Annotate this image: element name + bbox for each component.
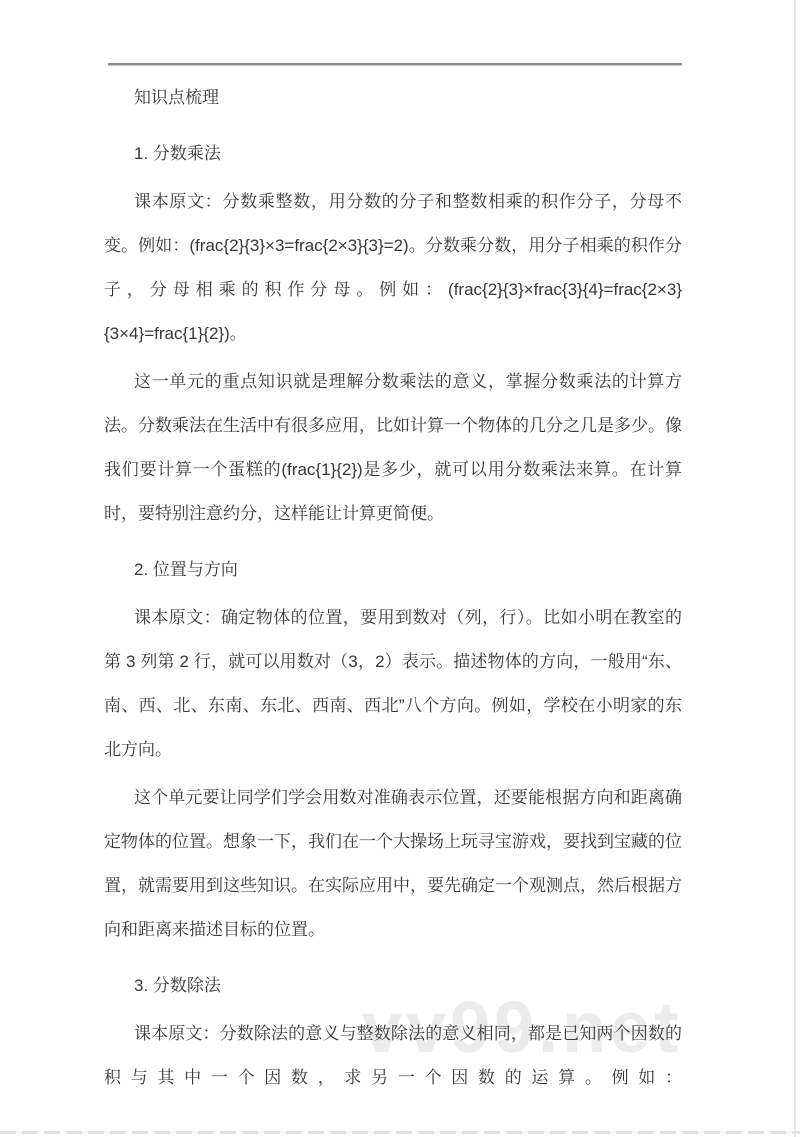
section-heading: 1. 分数乘法 xyxy=(104,132,682,176)
page-bottom-divider xyxy=(0,1131,800,1134)
section-position-direction: 2. 位置与方向 课本原文：确定物体的位置，要用到数对（列，行）。比如小明在教室… xyxy=(104,548,682,952)
doc-title: 知识点梳理 xyxy=(104,76,682,120)
paragraph: 课本原文：分数除法的意义与整数除法的意义相同，都是已知两个因数的积与其中一个因数… xyxy=(104,1012,682,1100)
section-fraction-multiplication: 1. 分数乘法 课本原文：分数乘整数，用分数的分子和整数相乘的积作分子，分母不变… xyxy=(104,132,682,536)
top-rule xyxy=(108,63,682,66)
paragraph: 课本原文：确定物体的位置，要用到数对（列，行）。比如小明在教室的第 3 列第 2… xyxy=(104,596,682,772)
page-edge-line xyxy=(794,0,796,1137)
paragraph: 这一单元的重点知识就是理解分数乘法的意义，掌握分数乘法的计算方法。分数乘法在生活… xyxy=(104,360,682,536)
section-heading: 3. 分数除法 xyxy=(104,964,682,1008)
document-body: 知识点梳理 1. 分数乘法 课本原文：分数乘整数，用分数的分子和整数相乘的积作分… xyxy=(104,63,682,1100)
section-heading: 2. 位置与方向 xyxy=(104,548,682,592)
paragraph: 课本原文：分数乘整数，用分数的分子和整数相乘的积作分子，分母不变。例如：(fra… xyxy=(104,180,682,356)
section-fraction-division: 3. 分数除法 课本原文：分数除法的意义与整数除法的意义相同，都是已知两个因数的… xyxy=(104,964,682,1100)
paragraph: 这个单元要让同学们学会用数对准确表示位置，还要能根据方向和距离确定物体的位置。想… xyxy=(104,776,682,952)
scanned-document-page: vv99.net 知识点梳理 1. 分数乘法 课本原文：分数乘整数，用分数的分子… xyxy=(0,0,800,1137)
